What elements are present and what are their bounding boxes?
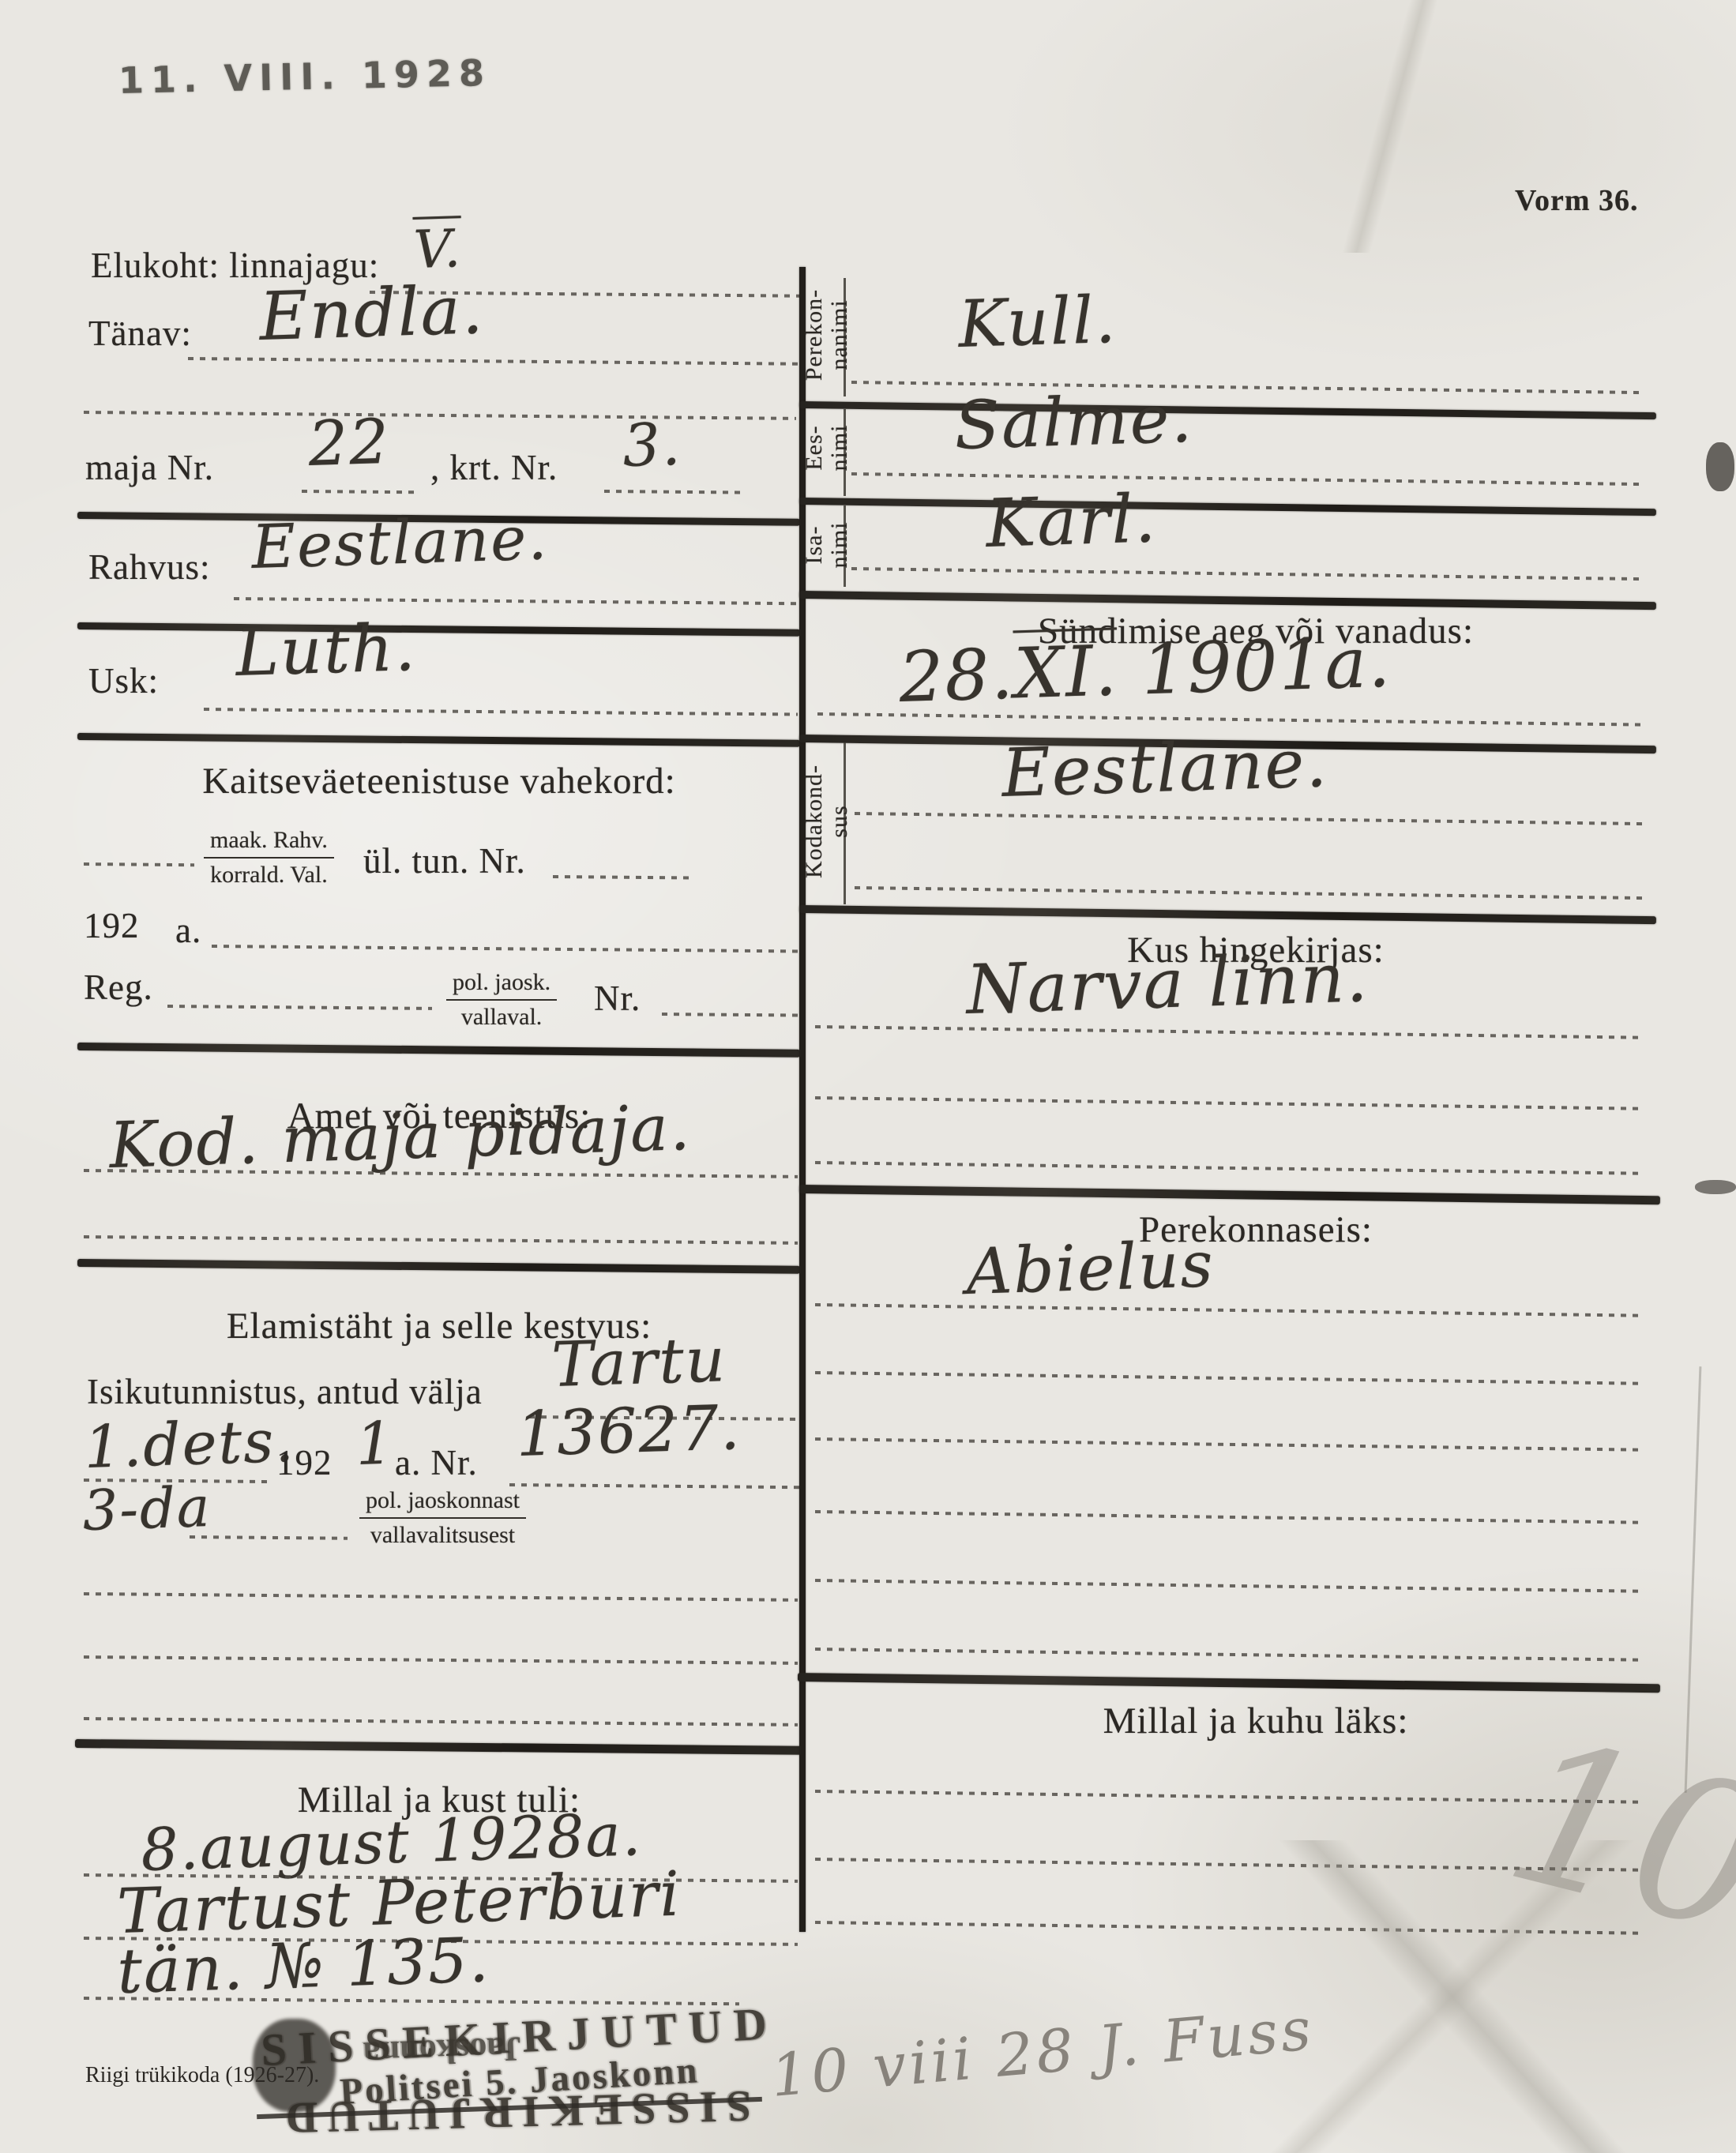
dotted-line [190, 1535, 348, 1540]
nationality-label: Rahvus: [88, 547, 211, 588]
reg-label: Reg. [84, 967, 153, 1008]
street-label: Tänav: [88, 313, 192, 354]
fraction-top: pol. jaoskonnast [359, 1486, 526, 1519]
pencil-signature: 10 viii 28 J. Fuss [768, 1995, 1317, 2110]
reg-fraction: pol. jaosk. vallaval. [446, 968, 557, 1031]
precinct-value: 3-da [81, 1475, 212, 1543]
section-rule [799, 498, 1656, 516]
fraction-bottom: vallavalitsusest [359, 1519, 526, 1550]
date-received-stamp: 11. VIII. 1928 [118, 51, 491, 102]
id-year-printed: 192 [276, 1442, 333, 1483]
certificate-number-label: ül. tun. Nr. [363, 840, 526, 881]
dotted-line [815, 1437, 1643, 1452]
house-number-value: 22 [307, 407, 391, 480]
dotted-line [855, 812, 1643, 825]
religion-label: Usk: [88, 660, 159, 701]
section-rule [75, 1739, 802, 1755]
dotted-line [84, 862, 194, 866]
residence-district-value: V. [413, 218, 463, 280]
dotted-line [509, 1483, 802, 1489]
dotted-line [815, 1510, 1643, 1524]
fraction-top: maak. Rahv. [204, 826, 334, 859]
dotted-line [212, 945, 798, 953]
section-rule [77, 1259, 800, 1274]
id-issued-place-value: Tartu [550, 1324, 727, 1401]
dotted-line [167, 1005, 432, 1010]
dotted-line [84, 1655, 798, 1665]
id-date-value: 1.dets. [83, 1407, 296, 1482]
dotted-line [604, 490, 746, 494]
dotted-line [553, 875, 691, 880]
dotted-line [817, 712, 1643, 727]
page-edge-mark [1706, 442, 1734, 491]
fraction-bottom: korrald. Val. [204, 859, 334, 889]
section-rule [799, 591, 1656, 610]
page-edge-mark [1695, 1180, 1736, 1194]
fraction-bottom: vallaval. [446, 1001, 557, 1031]
departure-heading: Millal ja kuhu läks: [861, 1700, 1651, 1742]
dotted-line [815, 1648, 1643, 1662]
id-number-value: 13627. [515, 1392, 742, 1471]
fraction-top: pol. jaosk. [446, 968, 557, 1001]
apartment-number-value: 3. [622, 411, 682, 480]
apartment-number-label: , krt. Nr. [430, 447, 558, 488]
id-a-nr-label: a. Nr. [395, 1442, 478, 1483]
street-value: Endla. [258, 271, 486, 355]
dotted-line [851, 472, 1643, 486]
precinct-fraction: pol. jaoskonnast vallavalitsusest [359, 1486, 526, 1550]
pencil-crease-line [1685, 1366, 1702, 1793]
surname-value: Kull. [957, 283, 1118, 363]
dotted-line [84, 411, 796, 420]
nationality-value: Eestlane. [250, 502, 549, 582]
section-rule [77, 1043, 800, 1058]
section-rule [77, 622, 800, 637]
dotted-line [815, 1161, 1643, 1175]
dotted-line [188, 357, 798, 366]
dotted-line [855, 886, 1643, 900]
military-service-heading: Kaitseväeteenistuse vahekord: [79, 760, 799, 802]
marital-status-value: Abielus [965, 1227, 1216, 1309]
house-number-label: maja Nr. [85, 447, 214, 488]
printer-note: Riigi trükikoda (1926-27). [85, 2063, 319, 2088]
birthdate-value: 28.XI. 1901a. [898, 621, 1393, 718]
dotted-line [84, 1235, 798, 1245]
birthdate-day: 28. [898, 633, 1016, 718]
birthdate-year: 1901a. [1140, 621, 1392, 710]
id-year-handwritten: 1 [355, 1410, 396, 1479]
year-printed: 192 [84, 905, 140, 946]
dotted-line [815, 1096, 1643, 1110]
section-rule [799, 905, 1656, 924]
citizenship-label-line2: sus [827, 746, 852, 896]
dotted-line [815, 1371, 1643, 1385]
dotted-line [234, 597, 798, 605]
citizenship-value: Eestlane. [1001, 724, 1329, 812]
dotted-line [204, 708, 798, 716]
section-rule [799, 1185, 1660, 1204]
registration-card: 11. VIII. 1928 Vorm 36. Elukoht: linnaja… [0, 0, 1736, 2153]
section-rule [799, 401, 1656, 419]
dotted-line [302, 490, 420, 494]
firstname-value: Salme. [953, 380, 1194, 464]
year-suffix: a. [175, 910, 201, 951]
parish-register-value: Narva linn. [965, 938, 1370, 1030]
citizenship-label: Kodakond- sus [802, 746, 846, 896]
dotted-line [84, 1717, 798, 1727]
dotted-line [815, 1303, 1643, 1317]
religion-value: Luth. [235, 611, 418, 691]
dotted-line [662, 1013, 798, 1017]
citizenship-label-line1: Kodakond- [802, 746, 827, 896]
id-issued-label: Isikutunnistus, antud välja [87, 1371, 483, 1412]
section-rule [77, 733, 800, 747]
arrival-street-value: tän. № 135. [116, 1925, 491, 2008]
reg-number-label: Nr. [594, 978, 641, 1019]
dotted-line [84, 1592, 798, 1602]
dotted-line [815, 1579, 1643, 1593]
fathername-value: Karl. [985, 479, 1159, 562]
dotted-line [851, 567, 1643, 581]
form-number: Vorm 36. [1515, 183, 1638, 218]
section-rule [798, 1673, 1660, 1693]
dotted-line [815, 1025, 1643, 1039]
military-fraction: maak. Rahv. korrald. Val. [204, 826, 334, 889]
birthdate-month: XI. [1013, 629, 1120, 714]
